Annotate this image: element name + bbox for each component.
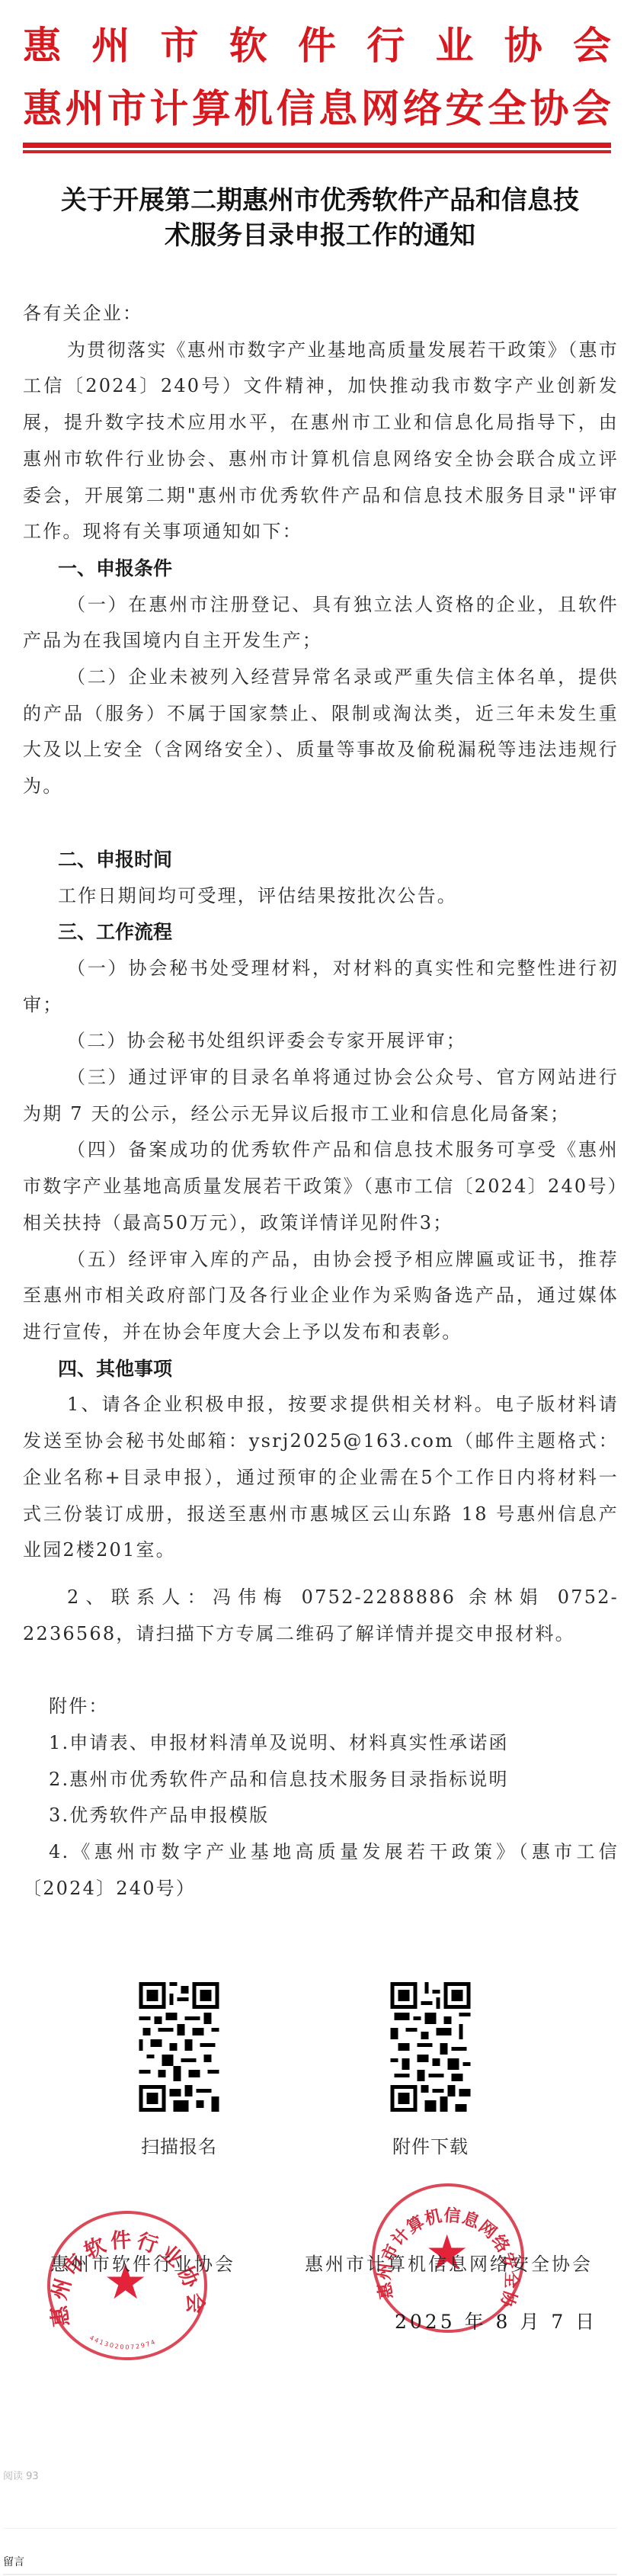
- letterhead-char: 络: [403, 90, 442, 129]
- signature-network-security-association: 惠州市计算机信息网络安全协会: [305, 2249, 593, 2276]
- condition-item-1: （一）在惠州市注册登记、具有独立法人资格的企业，且软件产品为在我国境内自主开发生…: [23, 587, 619, 659]
- workflow-item-4: （四）备案成功的优秀软件产品和信息技术服务可享受《惠州市数字产业基地高质量发展若…: [23, 1132, 619, 1241]
- letterhead-char: 协: [530, 90, 568, 129]
- qr-register-caption: 扫描报名: [110, 2132, 248, 2158]
- attachment-item-4[interactable]: 4.《惠州市数字产业基地高质量发展若干政策》（惠市工信〔2024〕240号）: [23, 1834, 619, 1907]
- qr-download-caption: 附件下载: [362, 2132, 499, 2158]
- qr-code-icon[interactable]: [390, 1982, 471, 2112]
- salutation: 各有关企业：: [23, 296, 619, 332]
- letterhead-network-security-association: 惠 州 市 计 算 机 信 息 网 络 安 全 协 会: [23, 86, 611, 132]
- section-heading-other: 四、其他事项: [23, 1351, 619, 1387]
- letterhead-char: 惠: [23, 27, 61, 65]
- letterhead-char: 息: [318, 90, 357, 129]
- letterhead-char: 市: [107, 90, 146, 129]
- letterhead-char: 州: [91, 27, 130, 65]
- document-title-line-2: 术服务目录申报工作的通知: [23, 218, 617, 253]
- condition-item-2: （二）企业未被列入经营异常名录或严重失信主体名单，提供的产品（服务）不属于国家禁…: [23, 659, 619, 805]
- workflow-item-1: （一）协会秘书处受理材料，对材料的真实性和完整性进行初审；: [23, 951, 619, 1023]
- attachment-item-3[interactable]: 3.优秀软件产品申报模版: [23, 1798, 619, 1834]
- stamp-left-number: 4413020072974: [88, 2334, 157, 2351]
- letterhead-char: 安: [446, 90, 485, 129]
- attachments-label: 附件：: [23, 1689, 619, 1725]
- section-heading-workflow: 三、工作流程: [23, 914, 619, 951]
- spacer: [23, 805, 619, 842]
- comment-section-label[interactable]: 留言: [3, 2554, 24, 2569]
- document-title: 关于开展第二期惠州市优秀软件产品和信息技 术服务目录申报工作的通知: [23, 183, 617, 253]
- letterhead-rule-thick: [23, 143, 611, 148]
- footer-divider: [3, 2528, 617, 2529]
- workflow-item-3: （三）通过评审的目录名单将通过协会公众号、官方网站进行为期 7 天的公示，经公示…: [23, 1060, 619, 1132]
- attachment-item-1[interactable]: 1.申请表、申报材料清单及说明、材料真实性承诺函: [23, 1725, 619, 1762]
- intro-paragraph: 为贯彻落实《惠州市数字产业基地高质量发展若干政策》（惠市工信〔2024〕240号…: [23, 332, 619, 550]
- section-heading-time: 二、申报时间: [23, 842, 619, 878]
- signature-software-association: 惠州市软件行业协会: [50, 2249, 235, 2276]
- qr-code-icon[interactable]: [139, 1982, 219, 2112]
- workflow-item-2: （二）协会秘书处组织评委会专家开展评审；: [23, 1023, 619, 1060]
- letterhead-char: 行: [366, 27, 405, 65]
- section-heading-conditions: 一、申报条件: [23, 550, 619, 587]
- letterhead-char: 信: [277, 90, 315, 129]
- time-paragraph: 工作日期间均可受理，评估结果按批次公告。: [23, 878, 619, 915]
- letterhead-char: 惠: [23, 90, 62, 129]
- letterhead-char: 计: [149, 90, 188, 129]
- workflow-item-5: （五）经评审入库的产品，由协会授予相应牌匾或证书，推荐至惠州市相关政府部门及各行…: [23, 1242, 619, 1351]
- letterhead-char: 协: [504, 27, 542, 65]
- letterhead-char: 软: [229, 27, 267, 65]
- letterhead-char: 会: [572, 90, 611, 129]
- footer-divider: [3, 2574, 617, 2575]
- qr-download-block[interactable]: 附件下载: [362, 1982, 499, 2158]
- svg-text:4413020072974: 4413020072974: [88, 2334, 157, 2351]
- letterhead-char: 机: [234, 90, 273, 129]
- letterhead-char: 全: [488, 90, 526, 129]
- letterhead-char: 算: [192, 90, 231, 129]
- document-title-line-1: 关于开展第二期惠州市优秀软件产品和信息技: [23, 183, 617, 218]
- attachment-item-2[interactable]: 2.惠州市优秀软件产品和信息技术服务目录指标说明: [23, 1762, 619, 1798]
- stamp-software-association: 惠州市软件行业协会 4413020072974 ★: [47, 2211, 207, 2360]
- letterhead-char: 市: [161, 27, 199, 65]
- letterhead-software-association: 惠 州 市 软 件 行 业 协 会: [23, 23, 611, 69]
- qr-register-block[interactable]: 扫描报名: [110, 1982, 248, 2158]
- letterhead-char: 会: [573, 27, 611, 65]
- letterhead-rule-thin: [23, 150, 611, 153]
- document-body: 各有关企业： 为贯彻落实《惠州市数字产业基地高质量发展若干政策》（惠市工信〔20…: [23, 296, 619, 1907]
- letterhead-char: 业: [436, 27, 474, 65]
- signature-date: 2025 年 8 月 7 日: [395, 2307, 597, 2334]
- letterhead-char: 州: [65, 90, 104, 129]
- letterhead-char: 件: [298, 27, 336, 65]
- other-item-2: 2、联系人：冯伟梅 0752-2288886 余林娟 0752-2236568，…: [23, 1580, 619, 1652]
- other-item-1: 1、请各企业积极申报，按要求提供相关材料。电子版材料请发送至协会秘书处邮箱：ys…: [23, 1387, 619, 1569]
- spacer: [23, 1652, 619, 1689]
- letterhead-char: 网: [361, 90, 400, 129]
- read-count: 阅读 93: [3, 2468, 39, 2482]
